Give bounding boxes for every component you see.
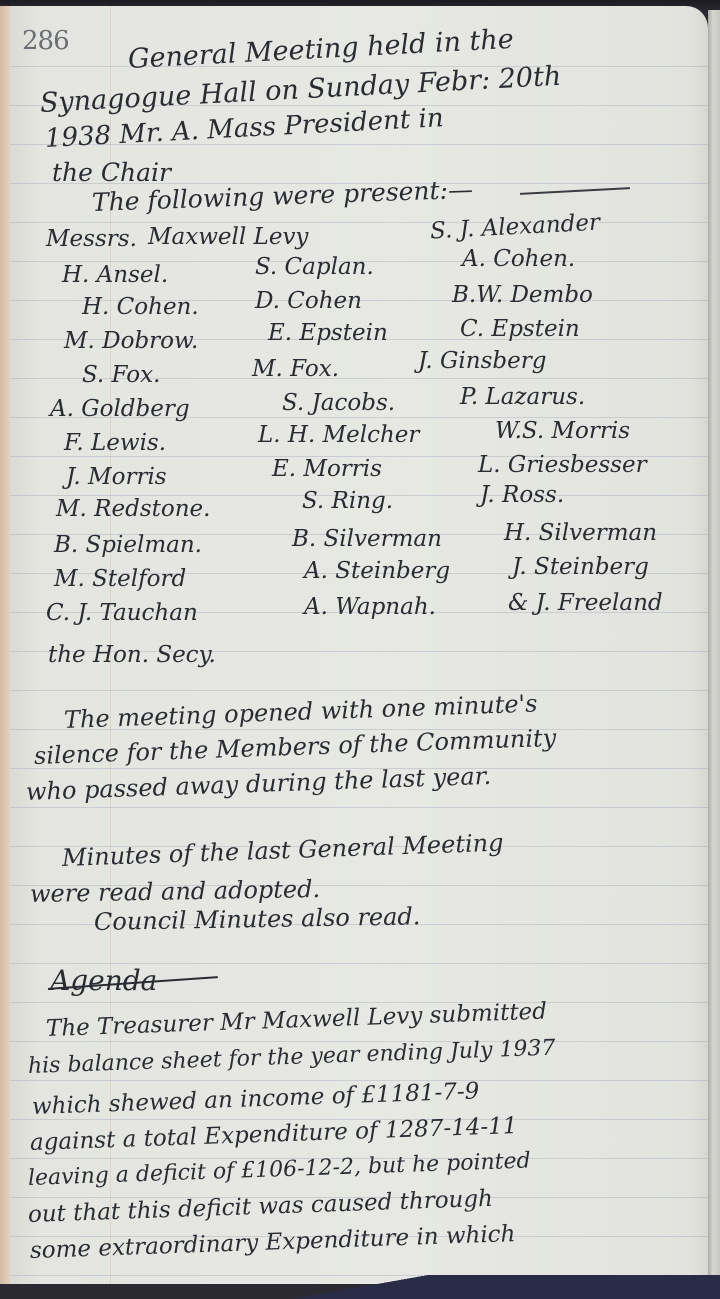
attendee: & J. Freeland [508, 590, 663, 616]
attendee: S. Fox. [82, 362, 160, 388]
attendee: E. Epstein [268, 320, 388, 346]
book-cover-cloth [0, 1275, 720, 1299]
attendee: H. Ansel. [62, 262, 168, 288]
attendee: H. Silverman [504, 520, 657, 546]
attendee: J. Steinberg [512, 554, 649, 580]
page-edge [0, 6, 10, 1284]
attendee: S. Caplan. [255, 254, 374, 280]
attendee: M. Stelford [54, 566, 186, 592]
attendee: S. Ring. [302, 488, 393, 514]
attendee: L. H. Melcher [258, 422, 419, 448]
ledger-page: 286 General Meeting held in the Synagogu… [0, 6, 708, 1284]
attendee: M. Fox. [252, 356, 339, 382]
attendee: Maxwell Levy [148, 224, 308, 250]
attendee: M. Redstone. [56, 496, 210, 522]
attendee: C. Epstein [460, 316, 580, 342]
attendee: A. Steinberg [304, 558, 450, 584]
next-page-edge [708, 10, 720, 1299]
attendee: F. Lewis. [64, 430, 166, 456]
attendee: E. Morris [272, 456, 382, 482]
attendee: M. Dobrow. [64, 328, 198, 354]
attendee: B. Spielman. [54, 532, 202, 558]
attendee: J. Ross. [480, 482, 564, 508]
attendee: C. J. Tauchan [46, 600, 198, 626]
page-number: 286 [22, 26, 69, 56]
attendee: B.W. Dembo [452, 282, 593, 308]
hon-secy: the Hon. Secy. [48, 642, 216, 668]
paragraph-2-line-2: were read and adopted. [30, 875, 321, 908]
attendee: W.S. Morris [495, 418, 630, 444]
header-line-4: the Chair [52, 158, 171, 187]
attendee: B. Silverman [292, 526, 442, 552]
attendee: A. Cohen. [462, 246, 575, 272]
attendee: L. Griesbesser [478, 452, 647, 478]
attendee: A. Goldberg [50, 396, 190, 422]
attendee: J. Ginsberg [418, 348, 546, 374]
attendee: D. Cohen [255, 288, 362, 314]
attendee: P. Lazarus. [460, 384, 585, 410]
paragraph-2-line-3: Council Minutes also read. [94, 902, 421, 936]
attendee: S. Jacobs. [282, 390, 395, 416]
attendee: J. Morris [66, 464, 167, 490]
attendee: A. Wapnah. [304, 594, 436, 620]
attendee: H. Cohen. [82, 294, 199, 320]
attendees-prefix: Messrs. [46, 226, 137, 252]
